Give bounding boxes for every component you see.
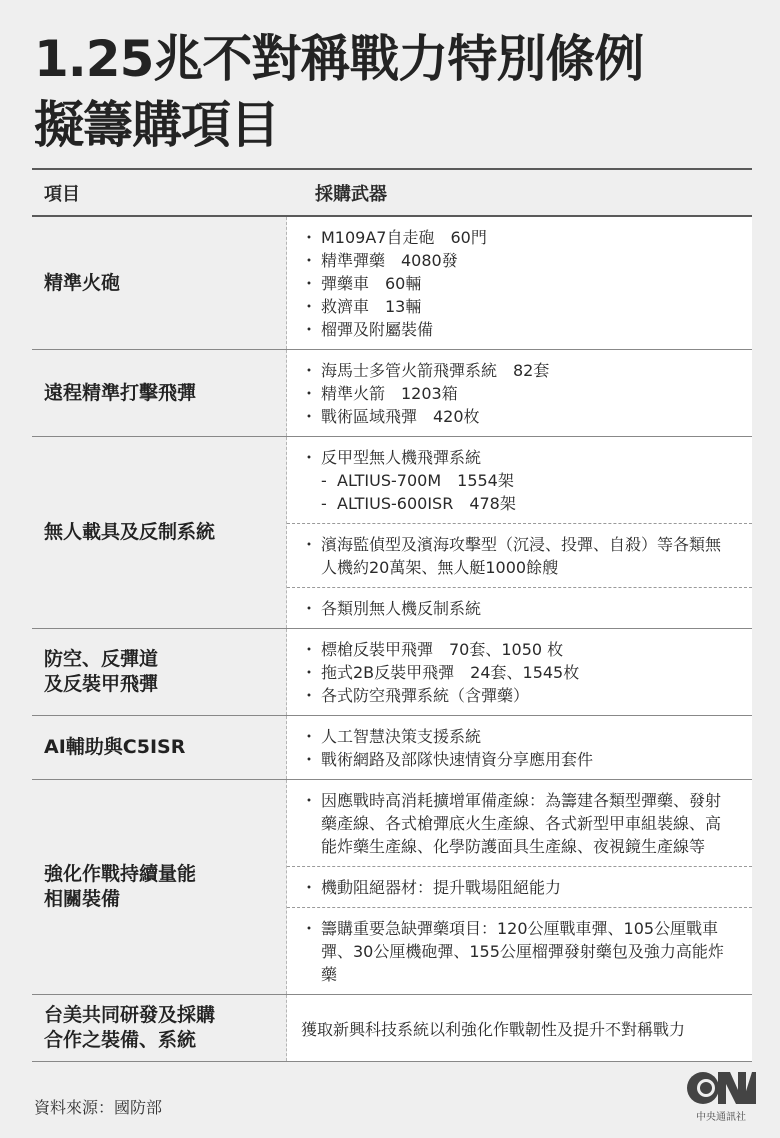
list-item: ・籌購重要急缺彈藥項目：120公厘戰車彈、105公厘戰車彈、30公厘機砲彈、15… bbox=[301, 917, 736, 986]
bullet-icon: ・ bbox=[301, 249, 321, 272]
weapons-cell: ・各類別無人機反制系統 bbox=[287, 587, 752, 628]
weapons-cell: ・反甲型無人機飛彈系統 -ALTIUS-700M 1554架 -ALTIUS-6… bbox=[287, 437, 752, 523]
row-item-label: 遠程精準打擊飛彈 bbox=[32, 350, 287, 436]
title-line-2: 擬籌購項目 bbox=[34, 92, 754, 158]
weapons-cell: ・標槍反裝甲飛彈 70套、1050 枚 ・拖式2B反裝甲飛彈 24套、1545枚… bbox=[287, 629, 752, 715]
bullet-icon: ・ bbox=[301, 638, 321, 661]
sub-list-item: -ALTIUS-600ISR 478架 bbox=[301, 492, 736, 515]
row-item-label: 防空、反彈道及反裝甲飛彈 bbox=[32, 629, 287, 715]
list-item: ・精準火箭 1203箱 bbox=[301, 382, 736, 405]
list-item: ・機動阻絕器材：提升戰場阻絕能力 bbox=[301, 876, 736, 899]
weapons-cell: ・因應戰時高消耗擴增軍備產線：為籌建各類型彈藥、發射藥產線、各式槍彈底火生產線、… bbox=[287, 780, 752, 866]
list-item: ・精準彈藥 4080發 bbox=[301, 249, 736, 272]
bullet-icon: ・ bbox=[301, 725, 321, 748]
list-item: ・海馬士多管火箭飛彈系統 82套 bbox=[301, 359, 736, 382]
title-line-1: 1.25兆不對稱戰力特別條例 bbox=[34, 26, 754, 92]
list-item: ・戰術網路及部隊快速情資分享應用套件 bbox=[301, 748, 736, 771]
bullet-icon: ・ bbox=[301, 405, 321, 428]
weapons-cell: 獲取新興科技系統以利強化作戰韌性及提升不對稱戰力 bbox=[287, 1000, 699, 1057]
weapons-cell: ・海馬士多管火箭飛彈系統 82套 ・精準火箭 1203箱 ・戰術區域飛彈 420… bbox=[287, 350, 752, 436]
list-item: ・榴彈及附屬裝備 bbox=[301, 318, 736, 341]
header-weapons: 採購武器 bbox=[287, 180, 387, 206]
bullet-icon: ・ bbox=[301, 272, 321, 295]
cna-logo-text: 中央通訊社 bbox=[684, 1108, 758, 1123]
list-item: ・因應戰時高消耗擴增軍備產線：為籌建各類型彈藥、發射藥產線、各式槍彈底火生產線、… bbox=[301, 789, 736, 858]
bullet-icon: ・ bbox=[301, 684, 321, 707]
row-item-label: AI輔助與C5ISR bbox=[32, 716, 287, 779]
list-item: ・救濟車 13輛 bbox=[301, 295, 736, 318]
list-item: ・M109A7自走砲 60門 bbox=[301, 226, 736, 249]
bullet-icon: ・ bbox=[301, 876, 321, 899]
dash-icon: - bbox=[321, 469, 337, 492]
table-row: AI輔助與C5ISR ・人工智慧決策支援系統 ・戰術網路及部隊快速情資分享應用套… bbox=[32, 716, 752, 780]
bullet-icon: ・ bbox=[301, 748, 321, 771]
list-item: ・人工智慧決策支援系統 bbox=[301, 725, 736, 748]
table-row: 防空、反彈道及反裝甲飛彈 ・標槍反裝甲飛彈 70套、1050 枚 ・拖式2B反裝… bbox=[32, 629, 752, 716]
bullet-icon: ・ bbox=[301, 446, 321, 469]
header-item: 項目 bbox=[32, 180, 287, 206]
bullet-icon: ・ bbox=[301, 295, 321, 318]
list-item: ・拖式2B反裝甲飛彈 24套、1545枚 bbox=[301, 661, 736, 684]
row-item-label: 強化作戰持續量能相關裝備 bbox=[32, 780, 287, 994]
table-row: 台美共同研發及採購合作之裝備、系統 獲取新興科技系統以利強化作戰韌性及提升不對稱… bbox=[32, 995, 752, 1062]
bullet-icon: ・ bbox=[301, 318, 321, 341]
row-item-label: 精準火砲 bbox=[32, 217, 287, 349]
bullet-icon: ・ bbox=[301, 661, 321, 684]
cna-logo-icon bbox=[684, 1070, 758, 1106]
list-item: ・反甲型無人機飛彈系統 bbox=[301, 446, 736, 469]
weapons-cell: ・籌購重要急缺彈藥項目：120公厘戰車彈、105公厘戰車彈、30公厘機砲彈、15… bbox=[287, 907, 752, 994]
list-item: ・彈藥車 60輛 bbox=[301, 272, 736, 295]
list-item: ・戰術區域飛彈 420枚 bbox=[301, 405, 736, 428]
weapons-cell: ・濱海監偵型及濱海攻擊型（沉浸、投彈、自殺）等各類無人機約20萬架、無人艇100… bbox=[287, 523, 752, 587]
table-row: 強化作戰持續量能相關裝備 ・因應戰時高消耗擴增軍備產線：為籌建各類型彈藥、發射藥… bbox=[32, 780, 752, 995]
row-item-label: 台美共同研發及採購合作之裝備、系統 bbox=[32, 995, 287, 1061]
sub-list-item: -ALTIUS-700M 1554架 bbox=[301, 469, 736, 492]
list-item: ・標槍反裝甲飛彈 70套、1050 枚 bbox=[301, 638, 736, 661]
bullet-icon: ・ bbox=[301, 597, 321, 620]
list-item: ・各類別無人機反制系統 bbox=[301, 597, 736, 620]
row-item-label: 無人載具及反制系統 bbox=[32, 437, 287, 628]
page-title: 1.25兆不對稱戰力特別條例 擬籌購項目 bbox=[34, 26, 754, 158]
weapons-cell: ・機動阻絕器材：提升戰場阻絕能力 bbox=[287, 866, 752, 907]
cna-logo: 中央通訊社 bbox=[684, 1070, 758, 1123]
weapons-cell: ・M109A7自走砲 60門 ・精準彈藥 4080發 ・彈藥車 60輛 ・救濟車… bbox=[287, 217, 752, 349]
list-item: ・各式防空飛彈系統（含彈藥） bbox=[301, 684, 736, 707]
table-row: 無人載具及反制系統 ・反甲型無人機飛彈系統 -ALTIUS-700M 1554架… bbox=[32, 437, 752, 629]
source-note: 資料來源：國防部 bbox=[34, 1095, 162, 1118]
dash-icon: - bbox=[321, 492, 337, 515]
bullet-icon: ・ bbox=[301, 382, 321, 405]
weapons-cell: ・人工智慧決策支援系統 ・戰術網路及部隊快速情資分享應用套件 bbox=[287, 716, 752, 779]
bullet-icon: ・ bbox=[301, 359, 321, 382]
bullet-icon: ・ bbox=[301, 533, 321, 579]
list-item: ・濱海監偵型及濱海攻擊型（沉浸、投彈、自殺）等各類無人機約20萬架、無人艇100… bbox=[301, 533, 736, 579]
bullet-icon: ・ bbox=[301, 226, 321, 249]
bullet-icon: ・ bbox=[301, 789, 321, 858]
table-row: 精準火砲 ・M109A7自走砲 60門 ・精準彈藥 4080發 ・彈藥車 60輛… bbox=[32, 217, 752, 350]
bullet-icon: ・ bbox=[301, 917, 321, 986]
table-header: 項目 採購武器 bbox=[32, 170, 752, 217]
table-row: 遠程精準打擊飛彈 ・海馬士多管火箭飛彈系統 82套 ・精準火箭 1203箱 ・戰… bbox=[32, 350, 752, 437]
procurement-table: 項目 採購武器 精準火砲 ・M109A7自走砲 60門 ・精準彈藥 4080發 … bbox=[32, 168, 752, 1062]
